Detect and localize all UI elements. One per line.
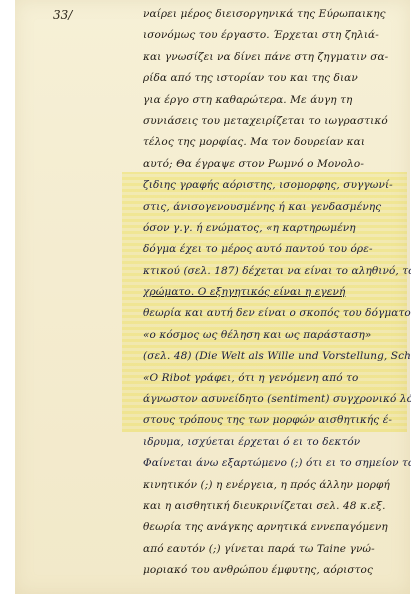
text-line-12: δόγμα έχει το μέρος αυτό παντού του όρε- [143,239,411,260]
handwritten-text-block: ναίρει μέρος διεισοργηνικά της Εύρωπαικη… [143,4,411,582]
text-line-18: «Ο Ribot γράφει, ότι η γενόμενη από το [143,368,411,389]
text-line-26: από εαυτόν (;) γίνεται παρά τω Taine γνώ… [143,539,411,560]
text-line-1: ναίρει μέρος διεισοργηνικά της Εύρωπαικη… [143,4,411,25]
text-line-17-german-citation: (σελ. 48) (Die Welt als Wille und Vorste… [143,346,411,367]
text-line-22: Φαίνεται άνω εξαρτώμενο (;) ότι ει το ση… [143,453,411,474]
text-line-16: «ο κόσμος ως θέληση και ως παράσταση» [143,325,411,346]
text-line-25: θεωρία της ανάγκης αρνητικά εννεπαγόμενη [143,517,411,538]
text-line-2: ισονόμως του έργαστο. Έρχεται στη ζηλιά- [143,25,411,46]
text-line-21: ιδρυμα, ισχύεται έρχεται ό ει το δεκτόν [143,432,411,453]
text-line-11: όσον γ.γ. ή ενώματος, «η καρτηρωμένη [143,218,411,239]
text-line-13: κτικού (σελ. 187) δέχεται να είναι το αλ… [143,261,411,282]
text-line-19: άγνωστον ασυνείδητο (sentiment) συγχρονι… [143,389,411,410]
text-line-14: χρώματο. Ο εξηγητικός είναι η εγενή [143,282,411,303]
text-line-7: τέλος της μορφίας. Μα τον δουρείαν και [143,132,411,153]
text-line-3: και γνωσίζει να δίνει πάνε στη ζηγματιν … [143,47,411,68]
text-line-15: θεωρία και αυτή δεν είναι ο σκοπός του δ… [143,303,411,324]
text-line-24: και η αισθητική διευκρινίζεται σελ. 48 κ… [143,496,411,517]
text-line-8: αυτό; Θα έγραψε στον Ρωμνό ο Μονολο- [143,154,411,175]
text-line-27: μοριακό του ανθρώπου έμφυτης, αόριστος [143,560,411,581]
text-line-4: ρίδα από της ιστορίαν του και της διαν [143,68,411,89]
folio-number: 33/ [53,8,72,22]
text-line-9: ζιδιης γραφής αόριστης, ισομορφης, συγγω… [143,175,411,196]
text-line-6: συνιάσεις του μεταχειρίζεται το ιωγραστι… [143,111,411,132]
text-line-5: για έργο στη καθαρώτερα. Με άυγη τη [143,90,411,111]
text-line-23: κινητικόν (;) η ενέργεια, η πρός άλλην μ… [143,475,411,496]
text-line-10: στις, άνισογενουσμένης ή και γενδασμένης [143,197,411,218]
text-line-20: στους τρόπους της των μορφών αισθητικής … [143,410,411,431]
